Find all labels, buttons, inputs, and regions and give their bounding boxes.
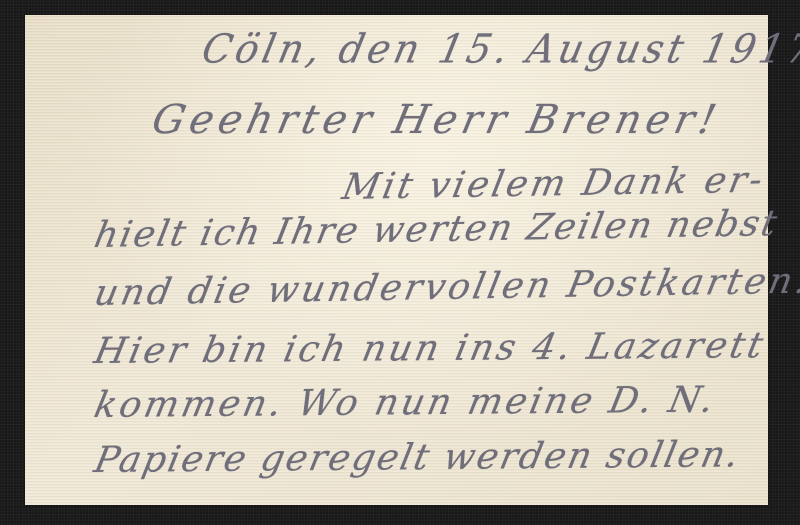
- body-line-6: Papiere geregelt werden sollen.: [91, 434, 744, 481]
- postcard: Cöln, den 15. August 1917 Geehrter Herr …: [25, 15, 768, 505]
- body-line-5: kommen. Wo nun meine D. N.: [91, 380, 720, 426]
- body-line-3: und die wundervollen Postkarten.: [91, 261, 800, 314]
- body-line-1: Mit vielem Dank er-: [339, 160, 769, 208]
- body-line-4: Hier bin ich nun ins 4. Lazarett: [91, 325, 770, 372]
- body-line-2: hielt ich Ihre werten Zeilen nebst: [91, 203, 782, 256]
- salutation: Geehrter Herr Brener!: [148, 97, 725, 143]
- place-date-line: Cöln, den 15. August 1917: [198, 26, 800, 72]
